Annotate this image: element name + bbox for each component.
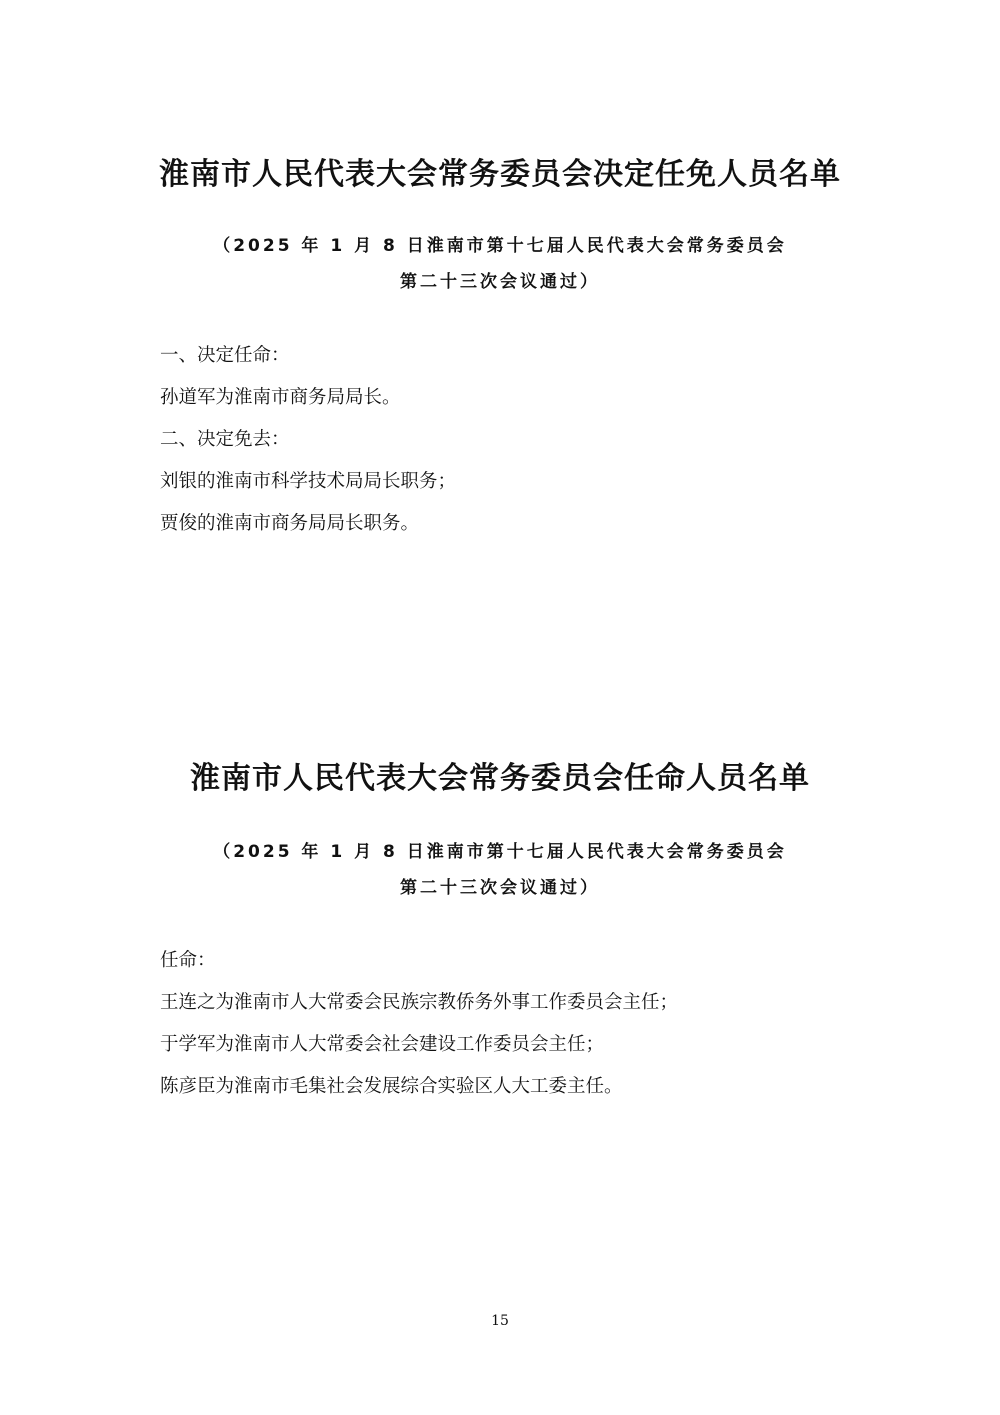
section1-item: 贾俊的淮南市商务局局长职务。 — [160, 511, 419, 537]
section1-item: 刘银的淮南市科学技术局局长职务； — [160, 469, 456, 495]
section1-heading-dismiss: 二、决定免去： — [160, 427, 290, 453]
page-number: 15 — [0, 1313, 1000, 1329]
section1-heading-appoint: 一、决定任命： — [160, 343, 290, 369]
section2-subtitle-line1: （2025 年 1 月 8 日淮南市第十七届人民代表大会常务委员会 — [0, 834, 1000, 870]
section2-heading-appoint: 任命： — [160, 948, 216, 974]
section2-item: 于学军为淮南市人大常委会社会建设工作委员会主任； — [160, 1032, 604, 1058]
section1-title: 淮南市人民代表大会常务委员会决定任免人员名单 — [0, 155, 1000, 195]
section2-item: 王连之为淮南市人大常委会民族宗教侨务外事工作委员会主任； — [160, 990, 678, 1016]
section2-title: 淮南市人民代表大会常务委员会任命人员名单 — [0, 759, 1000, 799]
section1-item: 孙道军为淮南市商务局局长。 — [160, 385, 401, 411]
section2-subtitle-line2: 第二十三次会议通过） — [0, 870, 1000, 906]
section1-subtitle-line1: （2025 年 1 月 8 日淮南市第十七届人民代表大会常务委员会 — [0, 228, 1000, 264]
section1-subtitle-line2: 第二十三次会议通过） — [0, 264, 1000, 300]
section2-item: 陈彦臣为淮南市毛集社会发展综合实验区人大工委主任。 — [160, 1074, 623, 1100]
